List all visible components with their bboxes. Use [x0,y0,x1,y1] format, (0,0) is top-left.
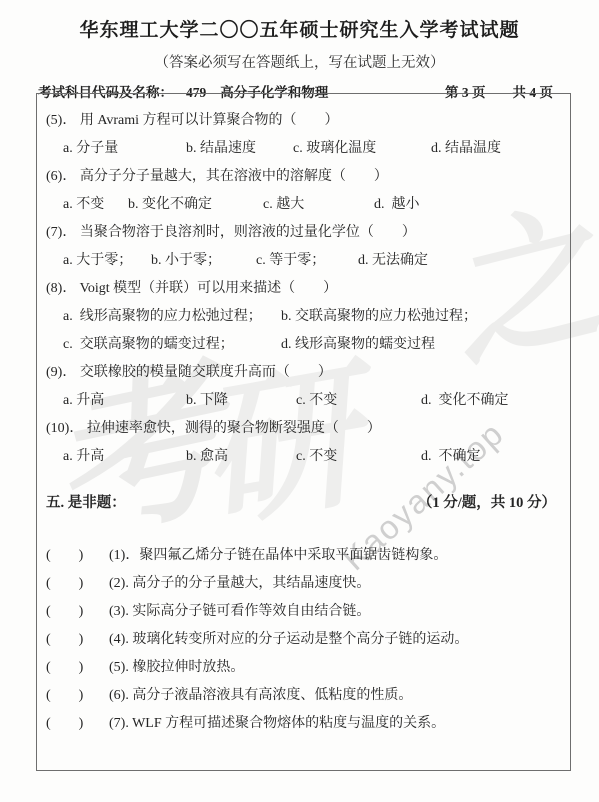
question-5-options: a. 分子量 b. 结晶速度 c. 玻璃化温度 d. 结晶温度 [46,135,562,163]
option-c: c. 不变 [296,387,421,415]
option-b: b. 变化不确定 [128,191,263,219]
option-b: b. 愈高 [186,443,296,471]
option-a: a. 升高 [63,443,186,471]
section-5-heading: 五. 是非题： （1 分/题，共 10 分） [46,489,562,517]
section-5-title: 五. 是非题： [46,489,126,517]
option-d: d. 无法确定 [358,247,428,275]
exam-page: 考 研 之 Kaoyany.top 华东理工大学二〇〇五年硕士研究生入学考试试题… [0,0,599,802]
tf-item-text: (2). 高分子的分子量越大，其结晶速度快。 [109,570,370,598]
question-7-stem: (7)． 当聚合物溶于良溶剂时，则溶液的过量化学位（ ） [46,219,562,247]
exam-header: 华东理工大学二〇〇五年硕士研究生入学考试试题 （答案必须写在答题纸上，写在试题上… [0,0,599,101]
option-d: d. 线形高聚物的蠕变过程 [281,331,435,359]
tf-item-2: ( ) (2). 高分子的分子量越大，其结晶速度快。 [46,570,562,598]
option-b: b. 小于零； [151,247,256,275]
option-b: b. 结晶速度 [186,135,293,163]
answer-bracket: ( ) [46,654,109,682]
question-7-options: a. 大于零； b. 小于零； c. 等于零； d. 无法确定 [46,247,562,275]
option-d: d. 不确定 [421,443,481,471]
exam-content-box: (5)． 用 Avrami 方程可以计算聚合物的（ ） a. 分子量 b. 结晶… [36,93,571,771]
option-b: b. 交联高聚物的应力松弛过程； [281,303,477,331]
option-d: d. 变化不确定 [421,387,509,415]
answer-bracket: ( ) [46,598,109,626]
option-a: a. 升高 [63,387,186,415]
option-c: c. 玻璃化温度 [293,135,431,163]
tf-item-text: (4). 玻璃化转变所对应的分子运动是整个高分子链的运动。 [109,626,468,654]
option-a: a. 分子量 [63,135,186,163]
tf-item-6: ( ) (6). 高分子液晶溶液具有高浓度、低粘度的性质。 [46,682,562,710]
tf-item-text: (5). 橡胶拉伸时放热。 [109,654,244,682]
exam-title: 华东理工大学二〇〇五年硕士研究生入学考试试题 [0,0,599,42]
question-9-options: a. 升高 b. 下降 c. 不变 d. 变化不确定 [46,387,562,415]
tf-item-7: ( ) (7). WLF 方程可描述聚合物熔体的粘度与温度的关系。 [46,710,562,738]
question-5-stem: (5)． 用 Avrami 方程可以计算聚合物的（ ） [46,107,562,135]
tf-item-1: ( ) (1)．聚四氟乙烯分子链在晶体中采取平面锯齿链构象。 [46,542,562,570]
answer-bracket: ( ) [46,682,109,710]
question-8-stem: (8)． Voigt 模型（并联）可以用来描述（ ） [46,275,562,303]
answer-bracket: ( ) [46,710,109,738]
tf-item-text: (1)．聚四氟乙烯分子链在晶体中采取平面锯齿链构象。 [109,542,447,570]
tf-item-text: (3). 实际高分子链可看作等效自由结合链。 [109,598,370,626]
tf-item-4: ( ) (4). 玻璃化转变所对应的分子运动是整个高分子链的运动。 [46,626,562,654]
tf-item-text: (6). 高分子液晶溶液具有高浓度、低粘度的性质。 [109,682,412,710]
section-5-score: （1 分/题，共 10 分） [418,489,556,517]
question-8-options-row1: a. 线形高聚物的应力松弛过程； b. 交联高聚物的应力松弛过程； [46,303,562,331]
question-9-stem: (9)． 交联橡胶的模量随交联度升高而（ ） [46,359,562,387]
option-c: c. 越大 [263,191,374,219]
true-false-list: ( ) (1)．聚四氟乙烯分子链在晶体中采取平面锯齿链构象。 ( ) (2). … [46,542,562,738]
tf-item-3: ( ) (3). 实际高分子链可看作等效自由结合链。 [46,598,562,626]
option-c: c. 等于零； [256,247,358,275]
question-10-options: a. 升高 b. 愈高 c. 不变 d. 不确定 [46,443,562,471]
question-6-options: a. 不变 b. 变化不确定 c. 越大 d. 越小 [46,191,562,219]
option-a: a. 大于零； [63,247,151,275]
option-b: b. 下降 [186,387,296,415]
option-a: a. 线形高聚物的应力松弛过程； [63,303,281,331]
option-d: d. 越小 [374,191,420,219]
option-d: d. 结晶温度 [431,135,501,163]
tf-item-text: (7). WLF 方程可描述聚合物熔体的粘度与温度的关系。 [109,710,445,738]
tf-item-5: ( ) (5). 橡胶拉伸时放热。 [46,654,562,682]
question-8-options-row2: c. 交联高聚物的蠕变过程； d. 线形高聚物的蠕变过程 [46,331,562,359]
question-10-stem: (10)． 拉伸速率愈快，测得的聚合物断裂强度（ ） [46,415,562,443]
option-a: a. 不变 [63,191,128,219]
option-c: c. 不变 [296,443,421,471]
question-6-stem: (6)． 高分子分子量越大，其在溶液中的溶解度（ ） [46,163,562,191]
answer-bracket: ( ) [46,570,109,598]
answer-notice: （答案必须写在答题纸上，写在试题上无效） [0,51,599,72]
option-c: c. 交联高聚物的蠕变过程； [63,331,281,359]
answer-bracket: ( ) [46,626,109,654]
answer-bracket: ( ) [46,542,109,570]
